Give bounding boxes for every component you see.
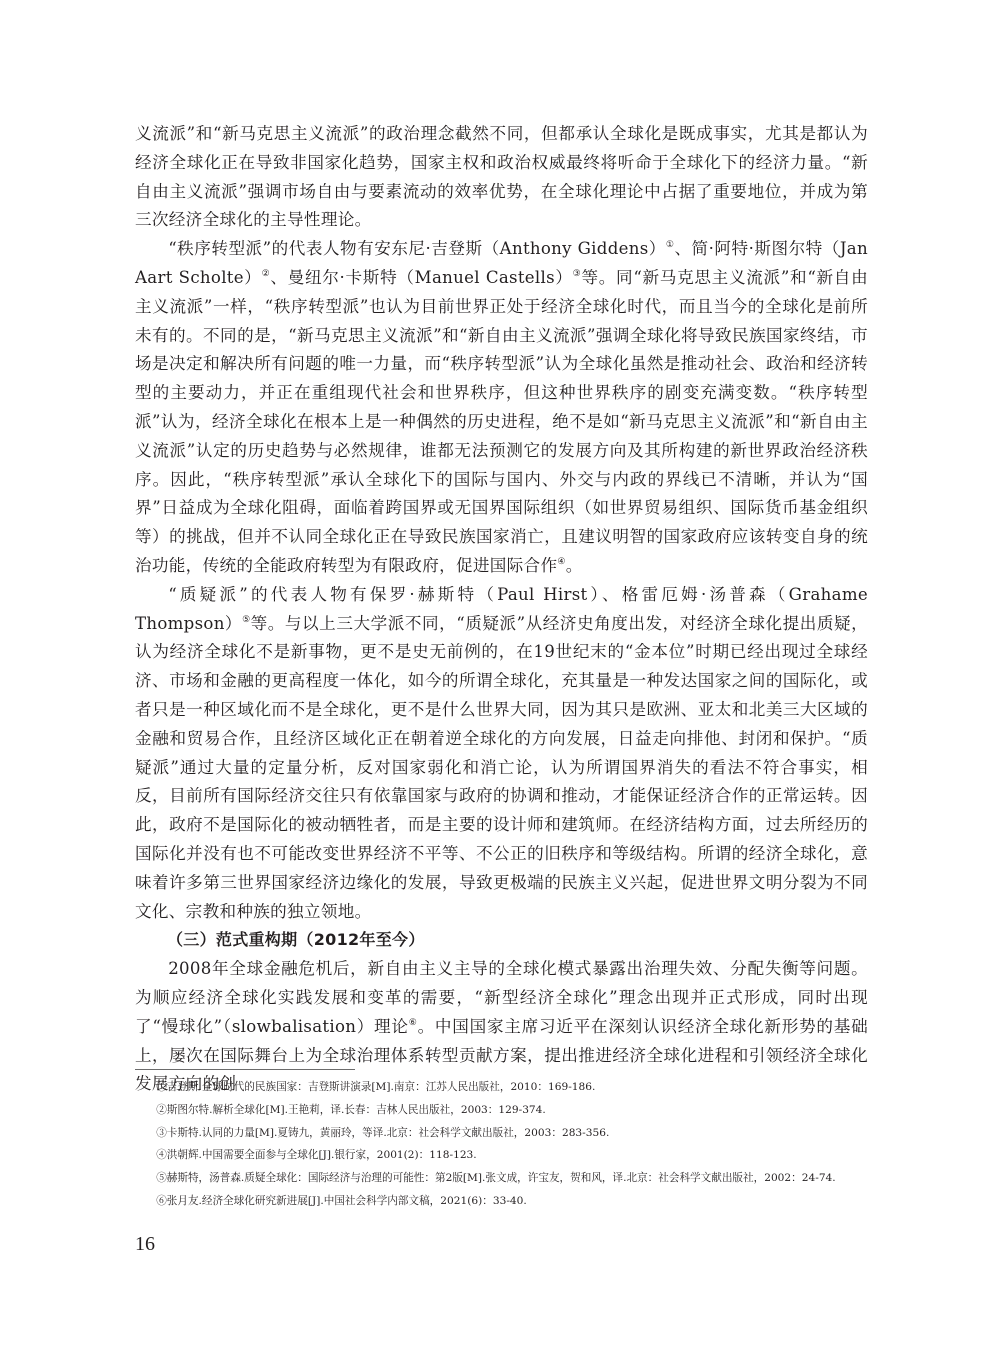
- text-span: 。: [566, 556, 583, 575]
- footnote-5: ⑤赫斯特，汤普森.质疑全球化：国际经济与治理的可能性：第2版[M].张文成，许宝…: [135, 1167, 868, 1190]
- paragraph-order-transformation: “秩序转型派”的代表人物有安东尼·吉登斯（Anthony Giddens）①、简…: [135, 235, 868, 581]
- main-text: 义流派”和“新马克思主义流派”的政治理念截然不同，但都承认全球化是既成事实，尤其…: [135, 120, 868, 1099]
- text-span: “秩序转型派”的代表人物有安东尼·吉登斯（Anthony Giddens）: [168, 239, 666, 258]
- footnote-separator: [135, 1069, 355, 1070]
- footnote-4: ④洪朝辉.中国需要全面参与全球化[J].银行家，2001(2)：118-123.: [135, 1144, 868, 1167]
- footnotes: ①吉登斯.全球时代的民族国家：吉登斯讲演录[M].南京：江苏人民出版社，2010…: [135, 1076, 868, 1213]
- page-number: 16: [135, 1233, 155, 1256]
- footnote-6: ⑥张月友.经济全球化研究新进展[J].中国社会科学内部文稿，2021(6)：33…: [135, 1190, 868, 1213]
- text-span: 等。与以上三大学派不同，“质疑派”从经济史角度出发，对经济全球化提出质疑，认为经…: [135, 614, 868, 921]
- text-span: 、曼纽尔·卡斯特（Manuel Castells）: [270, 268, 572, 287]
- footnote-ref-4[interactable]: ④: [557, 557, 565, 567]
- paragraph-1: 义流派”和“新马克思主义流派”的政治理念截然不同，但都承认全球化是既成事实，尤其…: [135, 120, 868, 235]
- footnote-ref-5[interactable]: ⑤: [242, 615, 251, 625]
- section-heading: （三）范式重构期（2012年至今）: [135, 926, 868, 955]
- paragraph-skeptics: “质疑派”的代表人物有保罗·赫斯特（Paul Hirst）、格雷厄姆·汤普森（G…: [135, 581, 868, 927]
- footnote-2: ②斯图尔特.解析全球化[M].王艳莉，译.长春：吉林人民出版社，2003：129…: [135, 1099, 868, 1122]
- text-span: 等。同“新马克思主义流派”和“新自由主义流派”一样，“秩序转型派”也认为目前世界…: [135, 268, 868, 575]
- footnote-ref-6[interactable]: ⑥: [409, 1018, 418, 1028]
- footnote-1: ①吉登斯.全球时代的民族国家：吉登斯讲演录[M].南京：江苏人民出版社，2010…: [135, 1076, 868, 1099]
- footnote-3: ③卡斯特.认同的力量[M].夏铸九，黄丽玲，等译.北京：社会科学文献出版社，20…: [135, 1122, 868, 1145]
